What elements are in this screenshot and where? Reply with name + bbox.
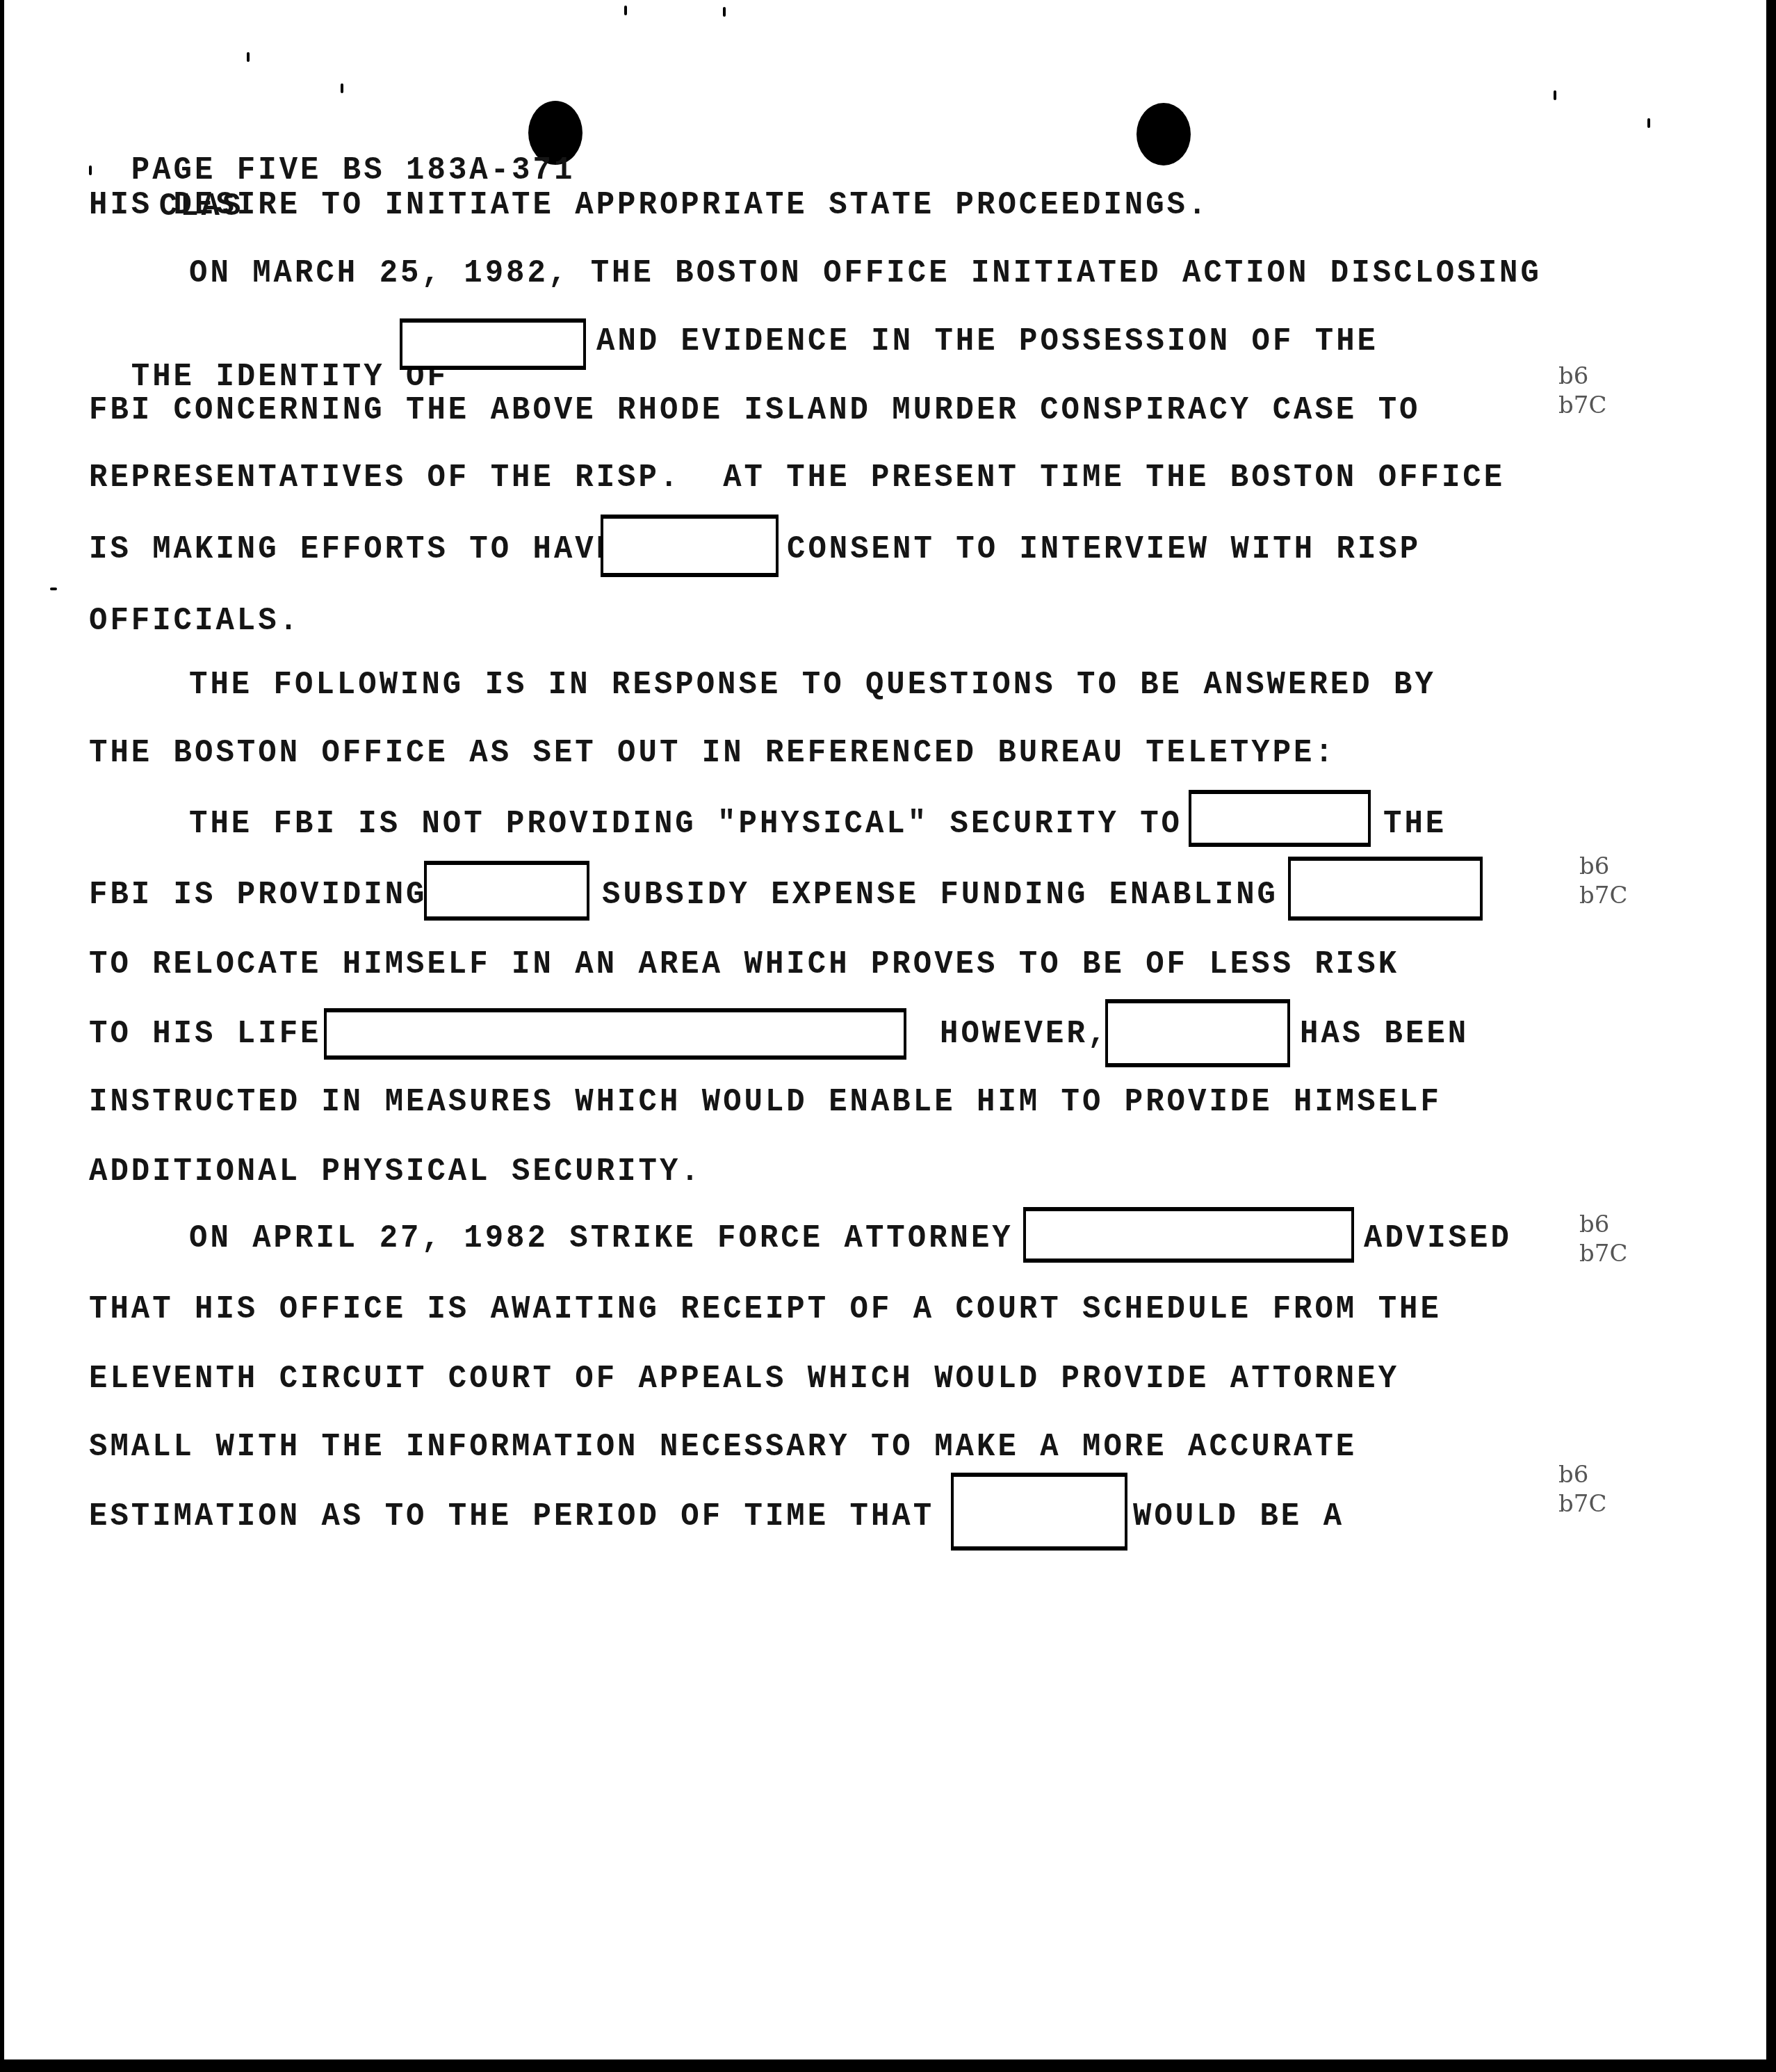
redaction-box (1288, 857, 1483, 921)
text-line: THE IDENTITY OF (89, 323, 448, 396)
scan-speck (341, 83, 343, 93)
scan-speck (1554, 90, 1556, 100)
scan-speck (624, 6, 627, 15)
text-line: AND EVIDENCE IN THE POSSESSION OF THE (596, 323, 1378, 360)
exemption-b7c: b7C (1579, 881, 1627, 910)
exemption-code-group: b6 b7C (1579, 1210, 1627, 1268)
exemption-b7c: b7C (1558, 1489, 1606, 1519)
text-line: ADDITIONAL PHYSICAL SECURITY. (89, 1154, 702, 1190)
punch-hole-right (1137, 103, 1191, 165)
redaction-box (1189, 790, 1371, 847)
text-line: REPRESENTATIVES OF THE RISP. AT THE PRES… (89, 460, 1505, 496)
text-line: IS MAKING EFFORTS TO HAVE (89, 531, 617, 568)
redaction-box (324, 1008, 906, 1060)
scan-border-bottom (0, 2059, 1776, 2072)
exemption-b6: b6 (1579, 852, 1627, 881)
exemption-code-group: b6 b7C (1558, 362, 1606, 420)
text-line: OFFICIALS. (89, 603, 300, 640)
text-line: HOWEVER, (940, 1016, 1109, 1053)
text-line: ON MARCH 25, 1982, THE BOSTON OFFICE INI… (189, 255, 1542, 292)
scan-border-left (0, 0, 4, 2072)
text-line: THAT HIS OFFICE IS AWAITING RECEIPT OF A… (89, 1291, 1442, 1328)
scan-speck (723, 7, 726, 17)
text-line: INSTRUCTED IN MEASURES WHICH WOULD ENABL… (89, 1084, 1442, 1121)
text-line: FBI CONCERNING THE ABOVE RHODE ISLAND MU… (89, 392, 1420, 429)
redaction-box (424, 861, 589, 921)
redaction-box (400, 318, 586, 370)
text-line: SUBSIDY EXPENSE FUNDING ENABLING (602, 877, 1278, 914)
text-line: FBI IS PROVIDING (89, 877, 427, 914)
text-line: WOULD BE A (1133, 1498, 1344, 1535)
exemption-b7c: b7C (1579, 1239, 1627, 1268)
exemption-b6: b6 (1579, 1210, 1627, 1239)
text-line: SMALL WITH THE INFORMATION NECESSARY TO … (89, 1429, 1357, 1466)
redaction-box (1105, 999, 1290, 1067)
scan-speck (50, 588, 57, 590)
scan-border-right (1766, 0, 1776, 2072)
redaction-box (601, 515, 779, 577)
text-line: ESTIMATION AS TO THE PERIOD OF TIME THAT (89, 1498, 934, 1535)
text-line: ADVISED (1364, 1220, 1512, 1257)
scan-speck (1647, 118, 1650, 128)
redaction-box (951, 1473, 1127, 1551)
scan-speck (247, 52, 250, 62)
text-line: HAS BEEN (1300, 1016, 1469, 1053)
exemption-b6: b6 (1558, 1460, 1606, 1489)
redaction-box (1023, 1207, 1354, 1263)
text-line: THE (1383, 806, 1447, 843)
text-line: ELEVENTH CIRCUIT COURT OF APPEALS WHICH … (89, 1361, 1399, 1398)
page-header-id: PAGE FIVE BS 183A-371 (131, 152, 576, 189)
text-line: THE FOLLOWING IS IN RESPONSE TO QUESTION… (189, 667, 1436, 704)
exemption-b7c: b7C (1558, 391, 1606, 420)
text-line: THE FBI IS NOT PROVIDING "PHYSICAL" SECU… (189, 806, 1182, 843)
exemption-code-group: b6 b7C (1558, 1460, 1606, 1519)
exemption-code-group: b6 b7C (1579, 852, 1627, 910)
text-line: ON APRIL 27, 1982 STRIKE FORCE ATTORNEY (189, 1220, 1013, 1257)
text-line: THE BOSTON OFFICE AS SET OUT IN REFERENC… (89, 735, 1336, 772)
exemption-b6: b6 (1558, 362, 1606, 391)
text-line: TO HIS LIFE (89, 1016, 321, 1053)
text-line: TO RELOCATE HIMSELF IN AN AREA WHICH PRO… (89, 946, 1399, 983)
text-line: HIS DESIRE TO INITIATE APPROPRIATE STATE… (89, 187, 1209, 224)
text-line: CONSENT TO INTERVIEW WITH RISP (787, 531, 1421, 568)
